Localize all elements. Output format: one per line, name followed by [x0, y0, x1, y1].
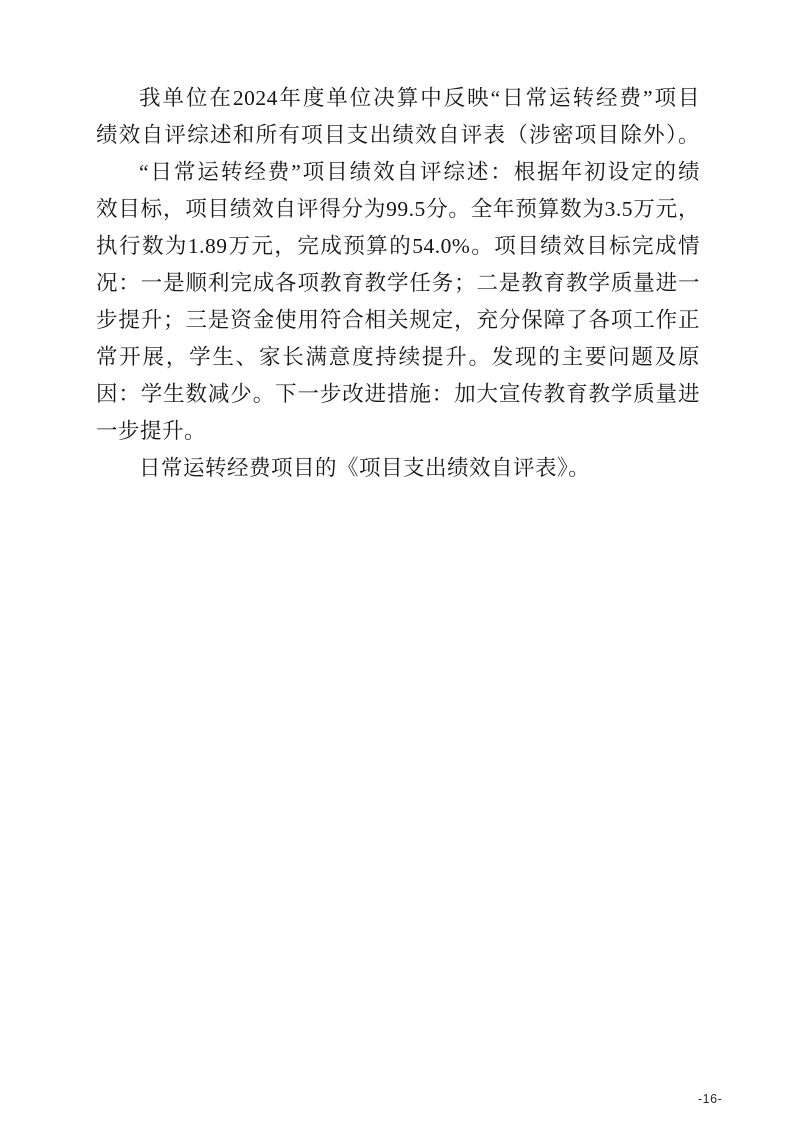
text-line: 我单位在2024年度单位决算中反映“日常运转经费”项目 [96, 80, 700, 117]
text-line: 效目标，项目绩效自评得分为99.5分。全年预算数为3.5万元， [96, 191, 700, 228]
text-line: 况：一是顺利完成各项教育教学任务；二是教育教学质量进一 [96, 265, 700, 302]
text-line: 常开展，学生、家长满意度持续提升。发现的主要问题及原 [96, 339, 700, 376]
text-line: 一步提升。 [96, 413, 700, 450]
text-line: 绩效自评综述和所有项目支出绩效自评表（涉密项目除外）。 [96, 117, 700, 154]
text-line: 因：学生数减少。下一步改进措施：加大宣传教育教学质量进 [96, 376, 700, 413]
document-page: 我单位在2024年度单位决算中反映“日常运转经费”项目 绩效自评综述和所有项目支… [0, 0, 793, 1122]
text-line: 日常运转经费项目的《项目支出绩效自评表》。 [96, 450, 700, 487]
page-number: -16- [698, 1092, 722, 1106]
text-line: 步提升；三是资金使用符合相关规定，充分保障了各项工作正 [96, 302, 700, 339]
body-text: 我单位在2024年度单位决算中反映“日常运转经费”项目 绩效自评综述和所有项目支… [96, 80, 700, 487]
text-line: 执行数为1.89万元，完成预算的54.0%。项目绩效目标完成情 [96, 228, 700, 265]
text-line: “日常运转经费”项目绩效自评综述：根据年初设定的绩 [96, 154, 700, 191]
